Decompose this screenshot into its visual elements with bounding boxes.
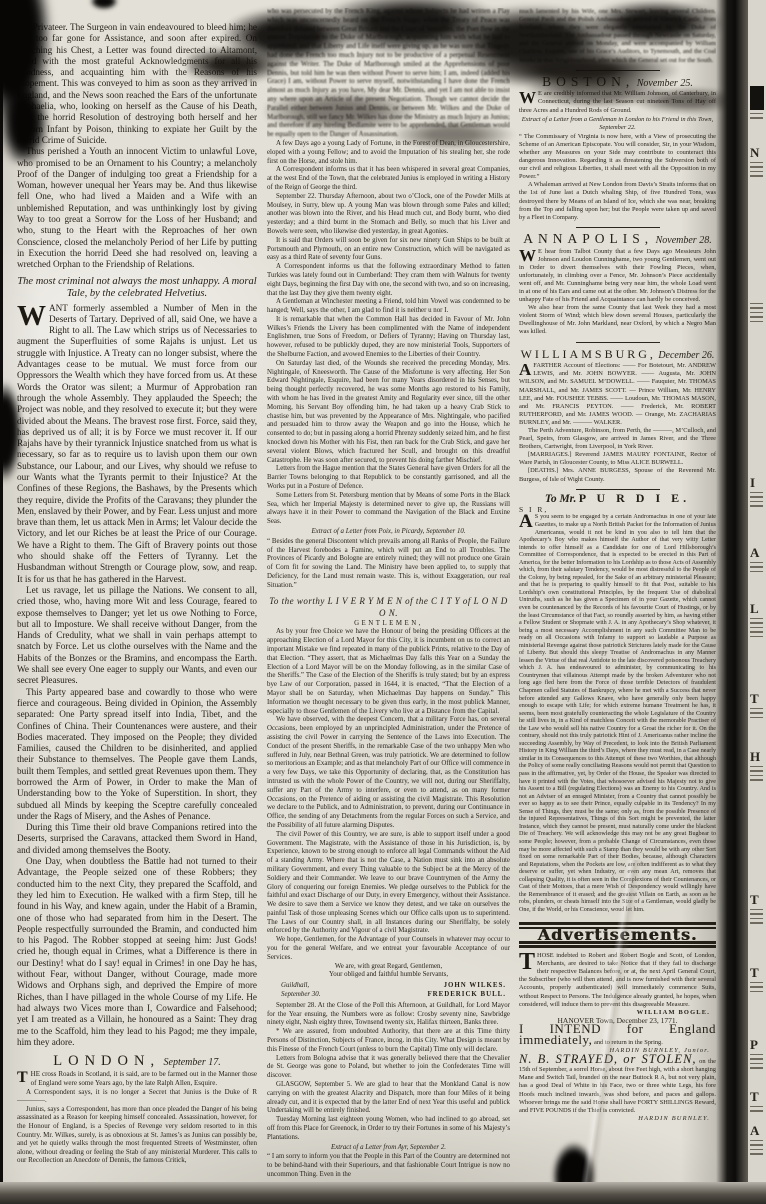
paragraph: Some Letters from St. Petersburg mention… [267, 492, 510, 527]
advertisements-header: Advertisements. [519, 922, 716, 948]
wilkes-signature: Guildhall, September 30.JOHN WILKES. FRE… [267, 982, 510, 1000]
text-fragment-line [750, 991, 763, 992]
paragraph: One Day, when doubtless the Battle had n… [17, 856, 257, 1048]
adjacent-column-fragment: A [750, 546, 766, 572]
section-rule [576, 70, 660, 72]
text-fragment-line [750, 312, 763, 313]
salutation: GENTLEMEN, [267, 620, 510, 629]
strayed-horse-advertisement: N. B. STRAYED, or STOLEN, on the 15th of… [519, 1055, 716, 1115]
paragraph: A Whaleman arrived at New London from Da… [519, 181, 716, 221]
paragraph: On Saturday last died, of the Wounds she… [267, 360, 510, 466]
text-fragment-line [750, 986, 763, 987]
text-fragment-line [750, 636, 763, 637]
paragraph: The Perth Adventure, Robinson, from Pert… [519, 427, 716, 451]
text-fragment-line [750, 1140, 763, 1141]
text-fragment-line [750, 918, 763, 919]
text-fragment-line [750, 1058, 763, 1059]
burnley-signature-2: HARDIN BURNLEY. [519, 1115, 716, 1123]
text-fragment-line [750, 766, 763, 767]
text-fragment-line [750, 712, 763, 713]
signature-place-date: Guildhall, September 30. [267, 982, 320, 1000]
text-fragment-line [750, 316, 763, 317]
drop-cap-fragment: T [750, 966, 766, 979]
paragraph: During this Time their old brave Compani… [17, 822, 257, 856]
paragraph: S I R, [519, 506, 716, 514]
london-news: THE cross Roads in Scotland, it is said,… [17, 1070, 257, 1087]
text-fragment-line [750, 1054, 763, 1055]
paragraph: Thus perished a Youth an innocent Victim… [17, 146, 257, 270]
text-fragment-line [750, 496, 763, 497]
page-fold [716, 0, 748, 1204]
paragraph: Letters from the Hague mention that the … [267, 465, 510, 491]
text-fragment-line [750, 1149, 763, 1150]
purdie-letter-body: AS you seem to be engaged by a certain A… [519, 514, 716, 914]
drop-cap: A [519, 514, 535, 530]
paragraph: A few Days ago a young Lady of Fortune, … [267, 140, 510, 166]
paragraph: A Gentleman at Winchester meeting a Frie… [267, 298, 510, 316]
paragraph: Let us ravage, let us pillage the Nation… [17, 585, 257, 687]
drop-cap-fragment: L [750, 602, 766, 615]
paragraph: Junius, says a Correspondent, has more t… [17, 1105, 257, 1165]
column-middle: who was persecuted by the French King, a… [267, 8, 510, 1188]
text-fragment-line [750, 631, 763, 632]
text-fragment-line [750, 618, 763, 619]
paragraph: * We are assured, from undoubted Authori… [267, 1028, 510, 1054]
adjacent-column-fragment: A [750, 1124, 766, 1155]
city-name: BOSTON, [542, 74, 634, 89]
text-fragment-line [750, 501, 763, 502]
text-fragment-line [750, 708, 763, 709]
city-name: LONDON, [53, 1053, 160, 1069]
paragraph: “ Besides the general Discontent which p… [267, 538, 510, 591]
annapolis-news: WE hear from Talbot County that a few Da… [519, 248, 716, 305]
dateline-annapolis: ANNAPOLIS, November 28. [519, 235, 716, 245]
extract-heading: Extract of a Letter from a Gentleman in … [519, 116, 716, 132]
text-fragment-line [750, 1063, 763, 1064]
text-fragment-line [750, 303, 763, 304]
text-fragment-line [750, 913, 763, 914]
text-fragment-line [750, 627, 763, 628]
paragraph: It is said that Orders will soon be give… [267, 237, 510, 263]
drop-cap: W [519, 90, 538, 105]
inked-over-text: much lamented by his Wife, one Mrs. Stew… [519, 8, 716, 65]
drop-cap-fragment: I [750, 476, 766, 489]
text-fragment-line [750, 1110, 763, 1111]
paragraph-text: HOSE indebted to Robert and Robert Bogle… [519, 952, 716, 1008]
section-rule [576, 227, 660, 229]
text-fragment-line [750, 492, 763, 493]
city-name: ANNAPOLIS, [523, 231, 653, 246]
lead-line: N. B. STRAYED, or STOLEN, [519, 1052, 697, 1066]
text-fragment-line [750, 117, 763, 118]
text-fragment-line [750, 307, 763, 308]
inked-over-text: who was persecuted by the French King, a… [267, 8, 510, 140]
paragraph: Letters from Bologna advise that it was … [267, 1055, 510, 1081]
drop-cap-fragment: P [750, 1038, 766, 1051]
text-fragment-line [750, 770, 763, 771]
paragraph: “ The Commissary of Virginia is now here… [519, 133, 716, 182]
adjacent-column-fragment: T [750, 1090, 766, 1112]
adjacent-column-fragment: H [750, 750, 766, 781]
purdie-letter-heading: To Mr. P U R D I E. [519, 494, 716, 504]
adjacent-column-fragment: N [750, 146, 766, 177]
dateline-date: December 26. [658, 350, 714, 361]
city-name: WILLIAMSBURG, [521, 347, 656, 361]
paragraph: September 22. Thursday Afternoon, about … [267, 193, 510, 237]
adjacent-column-fragment: T [750, 692, 766, 718]
dateline-date: September 17. [164, 1057, 221, 1068]
boston-news: WE are credibly informed that Mr. Willia… [519, 90, 716, 114]
text-fragment-line [750, 982, 763, 983]
ink-blot-top-edge [89, 0, 119, 11]
dateline-date: November 28. [656, 235, 712, 246]
text-fragment-line [750, 775, 763, 776]
paragraph: A Correspondent informs us that the foll… [267, 263, 510, 298]
text-fragment-line [750, 321, 763, 322]
text-fragment-line [750, 562, 763, 563]
paragraph-text: and to return in the Spring. [592, 1039, 662, 1046]
story-continuation: tish Privateer. The Surgeon in vain ende… [17, 22, 257, 146]
adjacent-column-fragment: I [750, 476, 766, 507]
drop-cap: T [17, 1070, 31, 1085]
rule-bar [519, 945, 716, 948]
drop-cap-fragment: T [750, 692, 766, 705]
text-fragment-line [750, 1144, 763, 1145]
adjacent-column-fragment [750, 86, 766, 119]
paragraph-text: ANT formerly assembled a Number of Men i… [17, 303, 257, 584]
drop-cap-fragment: T [750, 893, 766, 906]
paragraph: A Correspondent informs us that it has b… [267, 166, 510, 192]
dateline-date: November 25. [637, 78, 693, 89]
text-fragment-line [750, 622, 763, 623]
adjacent-column-fragment: L [750, 602, 766, 637]
adjacent-page-edge: NIALTHTTPTA [748, 0, 766, 1204]
bogle-advertisement: THOSE indebted to Robert and Robert Bogl… [519, 952, 716, 1009]
adjacent-column-fragment: T [750, 966, 766, 992]
paragraph: “ I am sorry to inform you that the Peop… [267, 1153, 510, 1179]
drop-cap: W [519, 248, 538, 263]
paragraph-text: E are credibly informed that Mr. William… [519, 90, 716, 113]
drop-cap-fragment: T [750, 1090, 766, 1103]
text-fragment-line [750, 779, 763, 780]
text-fragment-line [750, 162, 763, 163]
paragraph: As by your free Choice we have the Honou… [267, 628, 510, 716]
text-fragment-line [750, 171, 763, 172]
text-fragment-line [750, 1067, 763, 1068]
paragraph: GLASGOW, September 5. We are glad to hea… [267, 1081, 510, 1116]
section-rule [576, 342, 660, 344]
drop-cap-fragment: N [750, 146, 766, 159]
text-fragment-line [750, 909, 763, 910]
drop-cap: T [519, 952, 537, 972]
section-rule [576, 489, 660, 491]
extract-heading: Extract of a Letter from Poix, in Picard… [267, 528, 510, 537]
headline-fragment [750, 86, 764, 110]
column-right: much lamented by his Wife, one Mrs. Stew… [519, 8, 716, 1188]
text-fragment-line [750, 113, 763, 114]
adjacent-column-fragment [750, 300, 766, 322]
paragraph-text: on the 15th of September, a sorrel Horse… [519, 1058, 716, 1114]
text-fragment-line [750, 922, 763, 923]
paragraph: A Correspondent says, it is no longer a … [17, 1088, 257, 1105]
paragraph-text: FARTHER Account of Elections: —— For Bot… [519, 362, 716, 426]
text-fragment-line [750, 175, 763, 176]
marriages-notice: [MARRIAGES.] Reverend JAMES MAURY FONTAI… [519, 451, 716, 467]
text-fragment-line [750, 505, 763, 506]
drop-cap: A [519, 362, 533, 377]
drop-cap: W [17, 303, 49, 328]
adjacent-column-fragment: T [750, 893, 766, 924]
drop-cap-fragment: A [750, 546, 766, 559]
newspaper-page: tish Privateer. The Surgeon in vain ende… [3, 0, 748, 1196]
paragraph: It is remarkable that when the Common Ha… [267, 316, 510, 360]
paragraph: Tuesday Morning last eighteen young Wome… [267, 1116, 510, 1142]
paragraph: We hope, Gentlemen, for the Advantage of… [267, 936, 510, 962]
paragraph: This Party appeared base and cowardly to… [17, 687, 257, 823]
text-fragment-line [750, 166, 763, 167]
paragraph: September 28. At the Close of the Poll t… [267, 1002, 510, 1028]
moral-tale-heading: The most criminal not always the most un… [17, 276, 257, 300]
text-fragment-line [750, 1106, 763, 1107]
deaths-notice: [DEATHS.] Mrs. ANNE BURGESS, Spouse of t… [519, 467, 716, 483]
dateline-williamsburg: WILLIAMSBURG, December 26. [519, 350, 716, 360]
paragraph: We have observed, with the deepest Conce… [267, 716, 510, 830]
drop-cap-fragment: A [750, 1124, 766, 1137]
adjacent-column-fragment: P [750, 1038, 766, 1069]
addressee-name: P U R D I E. [579, 491, 690, 505]
text-fragment-line [750, 566, 763, 567]
advertisements-title: Advertisements. [519, 931, 716, 939]
paragraph-text: HE cross Roads in Scotland, it is said, … [31, 1070, 257, 1087]
text-fragment-line [750, 1153, 763, 1154]
liverymen-heading: To the worthy L I V E R Y M E N of the C… [267, 595, 510, 619]
moral-tale-text: WANT formerly assembled a Number of Men … [17, 303, 257, 585]
closing-line: We are, with great Regard, Gentlemen, [267, 963, 510, 972]
paragraph: We also hear from the same County that l… [519, 304, 716, 336]
elections-report: A FARTHER Account of Elections: —— For B… [519, 362, 716, 427]
extract-heading: Extract of a Letter from Ayr, September … [267, 1144, 510, 1153]
signature-names: JOHN WILKES. FREDERICK BULL. [427, 982, 510, 1000]
paragraph-text: S you seem to be engaged by a certain An… [519, 514, 716, 912]
paragraph: The civil Power of this Country, we are … [267, 831, 510, 937]
dateline-boston: BOSTON, November 25. [519, 78, 716, 88]
newspaper-photo: tish Privateer. The Surgeon in vain ende… [0, 0, 766, 1204]
column-left: tish Privateer. The Surgeon in vain ende… [17, 22, 257, 1186]
burnley-advertisement: I INTEND for England immediately, and to… [519, 1025, 716, 1047]
dateline-london: LONDON, September 17. [17, 1055, 257, 1068]
paragraph-text: E hear from Talbot County that a few Day… [519, 248, 716, 304]
text-fragment-line [750, 717, 763, 718]
closing-line: Your obliged and faithful humble Servant… [267, 971, 510, 980]
heading-prefix: To Mr. [545, 493, 577, 505]
drop-cap-fragment: H [750, 750, 766, 763]
text-fragment-line [750, 571, 763, 572]
